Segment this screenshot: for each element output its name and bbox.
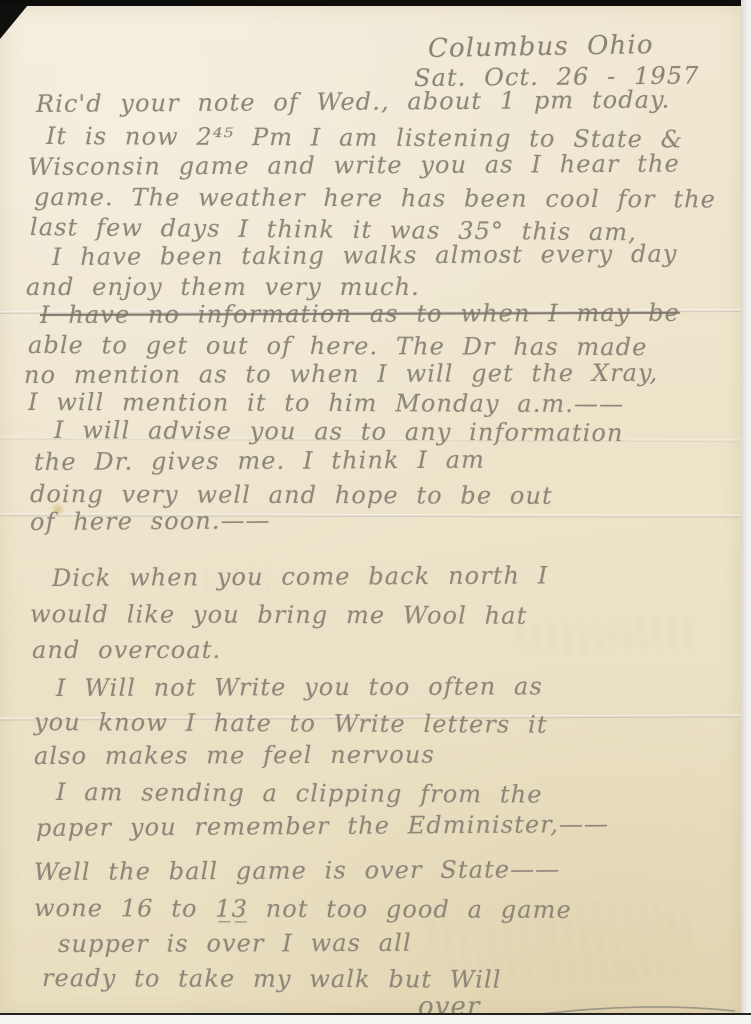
letter-line: I will advise you as to any information	[54, 416, 624, 447]
letter-line: It is now 2⁴⁵ Pm I am listening to State…	[46, 122, 683, 153]
letter-line: Dick when you come back north I	[52, 561, 549, 592]
bleed-through-smudge	[509, 615, 700, 656]
letter-line: game. The weather here has been cool for…	[34, 183, 716, 213]
scan-corner-shadow	[0, 5, 28, 39]
letter-line: Well the ball game is over State——	[34, 855, 560, 886]
letter-line: wone 16 to 1̲3̲ not too good a game	[34, 894, 572, 924]
letter-paper: Columbus Ohio Sat. Oct. 26 - 1957 Ric'd …	[0, 6, 741, 1015]
letter-line: supper is over I was all	[58, 929, 412, 958]
letter-line: I will mention it to him Monday a.m.——	[28, 388, 624, 418]
letter-line: able to get out of here. The Dr has made	[28, 331, 648, 361]
letter-line: paper you remember the Edminister,——	[36, 810, 609, 842]
scan-edge-right	[741, 0, 751, 1024]
letter-line: I am sending a clipping from the	[56, 778, 543, 809]
letter-line: I Will not Write you too often as	[56, 672, 543, 702]
letter-line: and enjoy them very much.	[26, 273, 420, 301]
letter-line-struck-through: I have no information as to when I may b…	[40, 299, 680, 329]
letter-line: and overcoat.	[32, 636, 221, 664]
letter-line: doing very well and hope to be out	[30, 480, 553, 510]
scan-edge-bottom	[0, 1013, 751, 1024]
letter-line: ready to take my walk but Will	[42, 964, 502, 994]
letter-line: you know I hate to Write letters it	[34, 708, 548, 739]
letter-line: also makes me feel nervous	[34, 741, 435, 770]
letter-line: Ric'd your note of Wed., about 1 pm toda…	[36, 86, 671, 118]
letter-line: Wisconsin game and write you as I hear t…	[28, 150, 680, 181]
letter-line: the Dr. gives me. I think I am	[34, 446, 485, 476]
letter-line: of here soon.——	[30, 506, 271, 536]
letter-line: would like you bring me Wool hat	[30, 600, 527, 630]
location-line: Columbus Ohio	[428, 30, 654, 64]
letter-line: I have been taking walks almost every da…	[52, 240, 678, 271]
scanned-letter-page: Columbus Ohio Sat. Oct. 26 - 1957 Ric'd …	[0, 0, 751, 1024]
letter-line: no mention as to when I will get the Xra…	[24, 359, 658, 389]
